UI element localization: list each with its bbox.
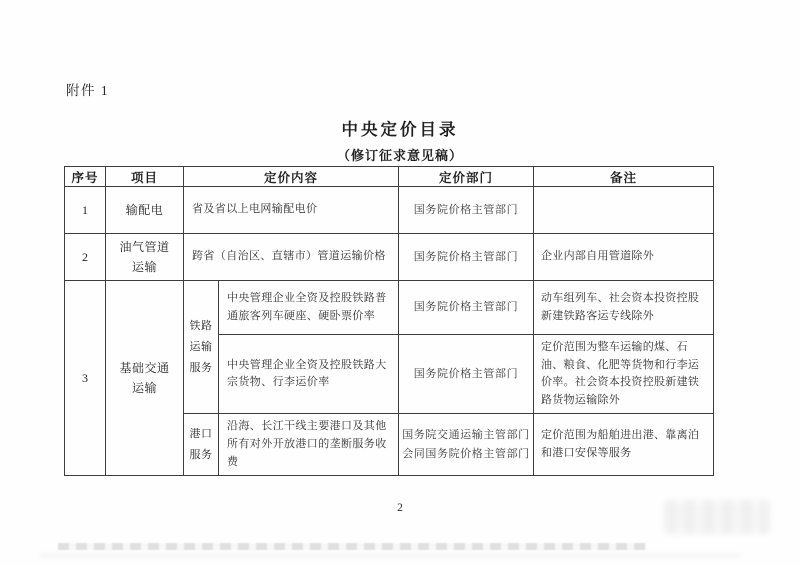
cell-remarks: 定价范围为整车运输的煤、石油、粮食、化肥等货物和行李运价率。社会资本投资控股新建… bbox=[534, 335, 714, 414]
page-title: 中央定价目录 bbox=[0, 116, 800, 140]
cell-content: 跨省（自治区、直辖市）管道运输价格 bbox=[184, 234, 399, 281]
scan-artifact-smudge bbox=[40, 553, 740, 558]
cell-item: 输配电 bbox=[106, 187, 184, 234]
cell-index: 1 bbox=[65, 187, 106, 234]
cell-item: 油气管道运输 bbox=[106, 234, 184, 281]
col-header-content: 定价内容 bbox=[184, 167, 399, 187]
watermark-smudge bbox=[664, 500, 770, 534]
cell-content: 沿海、长江干线主要港口及其他所有对外开放港口的垄断服务收费 bbox=[219, 414, 399, 476]
scanned-document-page: 附件 1 中央定价目录 （修订征求意见稿） 序号 项目 定价内容 定价部门 备注… bbox=[0, 0, 800, 565]
col-header-index: 序号 bbox=[65, 167, 106, 187]
table-row: 1 输配电 省及省以上电网输配电价 国务院价格主管部门 bbox=[65, 187, 714, 234]
cell-content: 中央管理企业全资及控股铁路大宗货物、行李运价率 bbox=[219, 335, 399, 414]
cell-content: 中央管理企业全资及控股铁路普通旅客列车硬座、硬卧票价率 bbox=[219, 281, 399, 335]
col-header-item: 项目 bbox=[106, 167, 184, 187]
cell-item: 基础交通运输 bbox=[106, 281, 184, 476]
pricing-catalog-table: 序号 项目 定价内容 定价部门 备注 1 输配电 省及省以上电网输配电价 国务院… bbox=[64, 166, 714, 476]
cell-content: 省及省以上电网输配电价 bbox=[184, 187, 399, 234]
cell-department: 国务院价格主管部门 bbox=[399, 281, 534, 335]
col-header-department: 定价部门 bbox=[399, 167, 534, 187]
cell-subcategory-port: 港口服务 bbox=[184, 414, 219, 476]
cell-remarks: 定价范围为船舶进出港、靠离泊和港口安保等服务 bbox=[534, 414, 714, 476]
table-row: 3 基础交通运输 铁路运输服务 中央管理企业全资及控股铁路普通旅客列车硬座、硬卧… bbox=[65, 281, 714, 335]
cell-remarks: 企业内部自用管道除外 bbox=[534, 234, 714, 281]
cell-department: 国务院交通运输主管部门会同国务院价格主管部门 bbox=[399, 414, 534, 476]
cell-subcategory-rail: 铁路运输服务 bbox=[184, 281, 219, 414]
cell-remarks: 动车组列车、社会资本投资控股新建铁路客运专线除外 bbox=[534, 281, 714, 335]
col-header-remarks: 备注 bbox=[534, 167, 714, 187]
attachment-label: 附件 1 bbox=[66, 79, 109, 99]
cell-index: 3 bbox=[65, 281, 106, 476]
cell-department: 国务院价格主管部门 bbox=[399, 187, 534, 234]
table-header-row: 序号 项目 定价内容 定价部门 备注 bbox=[65, 167, 714, 187]
table-row: 2 油气管道运输 跨省（自治区、直辖市）管道运输价格 国务院价格主管部门 企业内… bbox=[65, 234, 714, 281]
cell-remarks bbox=[534, 187, 714, 234]
cell-department: 国务院价格主管部门 bbox=[399, 335, 534, 414]
page-subtitle: （修订征求意见稿） bbox=[0, 145, 800, 164]
scan-artifact-band bbox=[58, 543, 646, 550]
cell-index: 2 bbox=[65, 234, 106, 281]
cell-department: 国务院价格主管部门 bbox=[399, 234, 534, 281]
